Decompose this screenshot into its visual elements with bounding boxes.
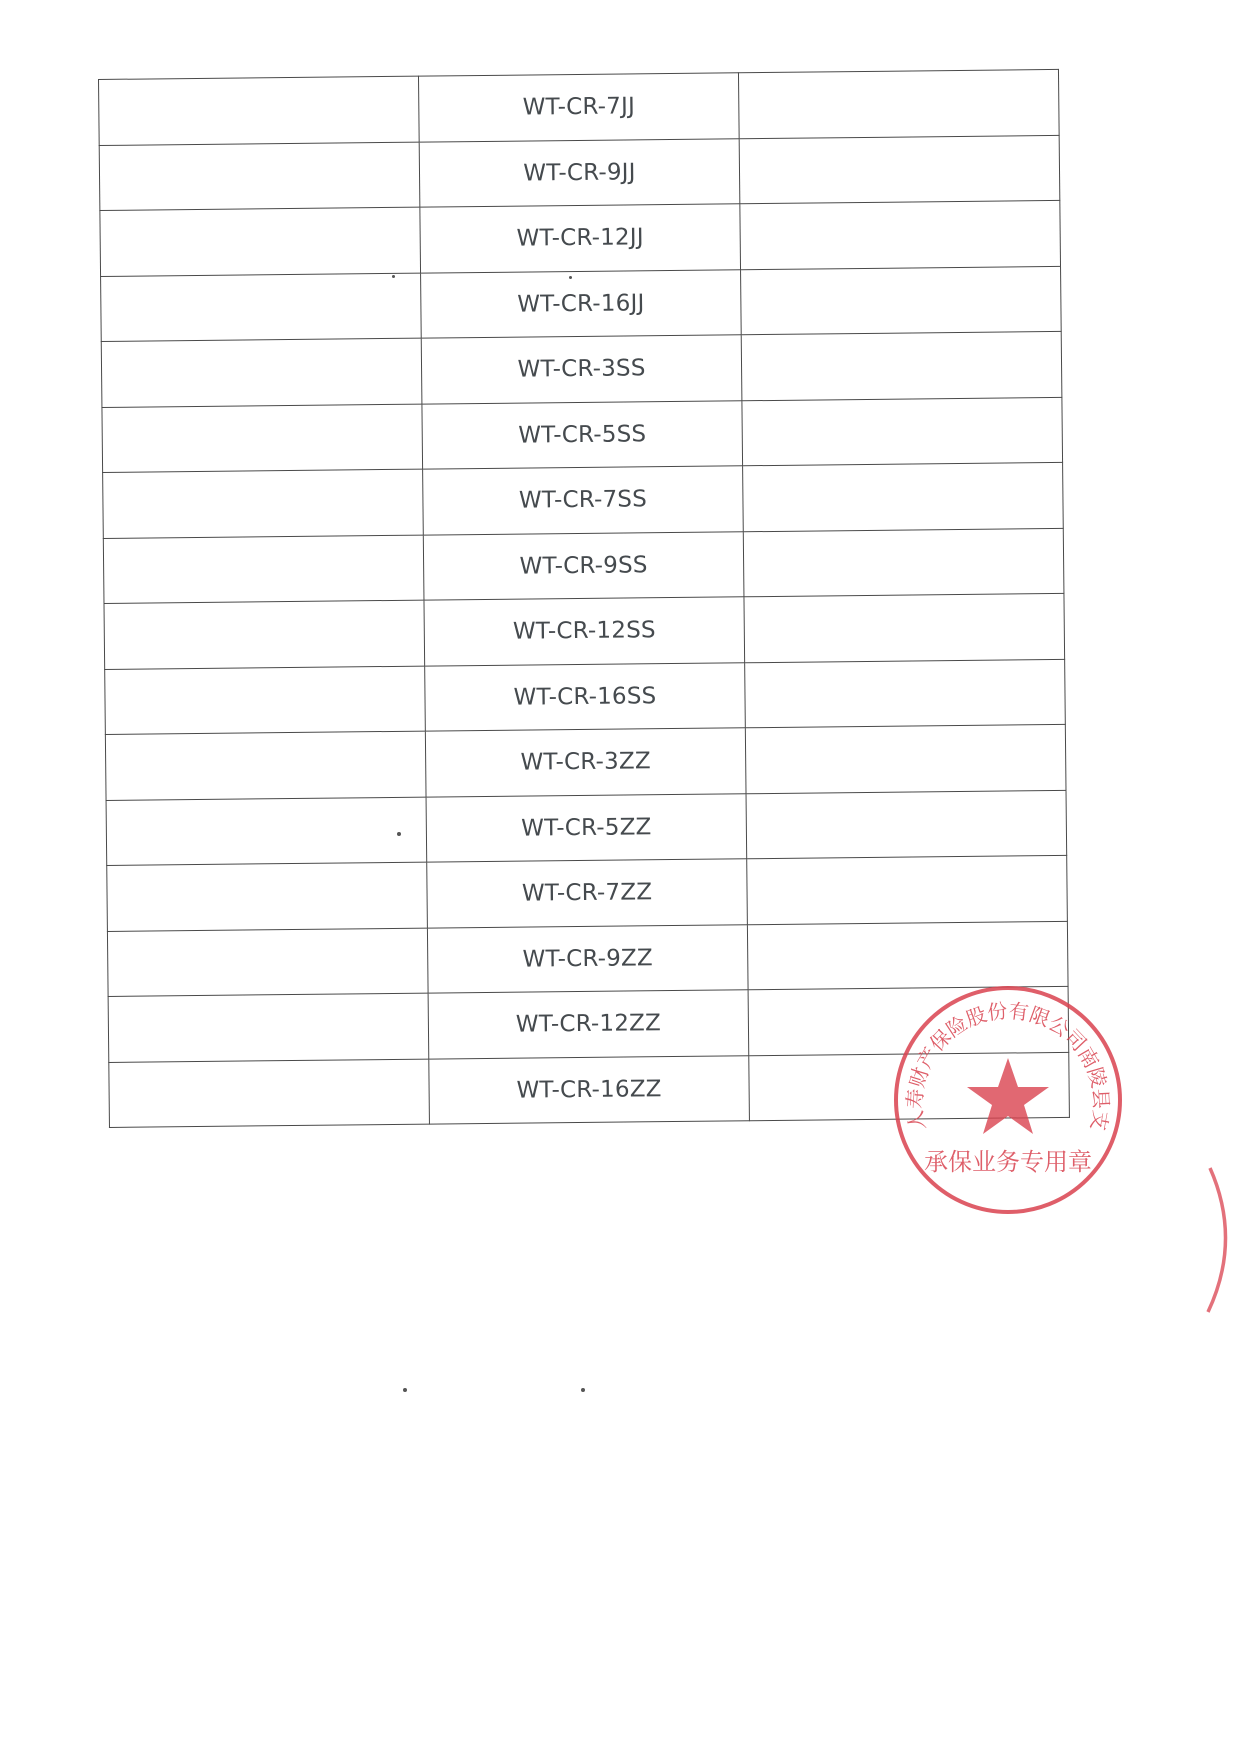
empty-cell xyxy=(746,790,1067,859)
model-cell: WT-CR-9JJ xyxy=(419,138,740,207)
empty-cell xyxy=(105,731,426,800)
table-row: WT-CR-7SS xyxy=(103,462,1064,538)
table-row: WT-CR-9JJ xyxy=(99,135,1060,211)
table-row: WT-CR-5SS xyxy=(102,397,1063,473)
table-row: WT-CR-3ZZ xyxy=(105,724,1066,800)
empty-cell xyxy=(103,535,424,604)
empty-cell xyxy=(106,797,427,866)
model-cell: WT-CR-7JJ xyxy=(418,73,739,142)
model-cell: WT-CR-5ZZ xyxy=(426,793,747,862)
empty-cell xyxy=(741,331,1062,400)
empty-cell xyxy=(745,724,1066,793)
empty-cell xyxy=(107,928,428,997)
empty-cell xyxy=(103,469,424,538)
model-cell: WT-CR-12SS xyxy=(424,597,745,666)
empty-cell xyxy=(747,855,1068,924)
empty-cell xyxy=(109,1059,430,1128)
star-icon xyxy=(967,1058,1049,1134)
model-table: WT-CR-7JJWT-CR-9JJWT-CR-12JJWT-CR-16JJWT… xyxy=(98,69,1070,1128)
model-cell: WT-CR-5SS xyxy=(422,400,743,469)
model-cell: WT-CR-7SS xyxy=(423,466,744,535)
table-row: WT-CR-5ZZ xyxy=(106,790,1067,866)
table-row: WT-CR-3SS xyxy=(101,331,1062,407)
empty-cell xyxy=(100,207,421,276)
table-row: WT-CR-7ZZ xyxy=(107,855,1068,931)
empty-cell xyxy=(742,397,1063,466)
scan-speck xyxy=(403,1388,407,1392)
scan-speck xyxy=(397,832,401,836)
table-row: WT-CR-12SS xyxy=(104,593,1065,669)
empty-cell xyxy=(743,528,1064,597)
empty-cell xyxy=(104,600,425,669)
table-row: WT-CR-16JJ xyxy=(101,266,1062,342)
model-cell: WT-CR-9SS xyxy=(423,531,744,600)
empty-cell xyxy=(102,404,423,473)
model-cell: WT-CR-9ZZ xyxy=(427,924,748,993)
empty-cell xyxy=(108,993,429,1062)
table-row: WT-CR-12JJ xyxy=(100,200,1061,276)
model-cell: WT-CR-12JJ xyxy=(420,204,741,273)
empty-cell xyxy=(105,666,426,735)
empty-cell xyxy=(99,76,420,145)
model-cell: WT-CR-16SS xyxy=(425,662,746,731)
empty-cell xyxy=(101,273,422,342)
empty-cell xyxy=(741,266,1062,335)
seal-inner-text: 承保业务专用章 xyxy=(924,1148,1092,1176)
model-cell: WT-CR-3ZZ xyxy=(425,728,746,797)
table-row: WT-CR-9SS xyxy=(103,528,1064,604)
table-row: WT-CR-16SS xyxy=(105,659,1066,735)
table-row: WT-CR-7JJ xyxy=(99,69,1060,145)
scan-speck xyxy=(581,1388,585,1392)
model-cell: WT-CR-3SS xyxy=(421,335,742,404)
empty-cell xyxy=(744,593,1065,662)
empty-cell xyxy=(745,659,1066,728)
scan-speck xyxy=(569,276,572,279)
partial-seal-arc xyxy=(1190,1160,1241,1320)
scan-speck xyxy=(392,275,395,278)
empty-cell xyxy=(738,69,1059,138)
scanned-document-page: WT-CR-7JJWT-CR-9JJWT-CR-12JJWT-CR-16JJWT… xyxy=(0,0,1241,1756)
empty-cell xyxy=(739,135,1060,204)
model-cell: WT-CR-7ZZ xyxy=(427,859,748,928)
empty-cell xyxy=(743,462,1064,531)
official-seal: 中国人寿财产保险股份有限公司南陵县支公司 承保业务专用章 xyxy=(888,980,1128,1220)
empty-cell xyxy=(107,862,428,931)
model-table-container: WT-CR-7JJWT-CR-9JJWT-CR-12JJWT-CR-16JJWT… xyxy=(98,69,1069,1128)
empty-cell xyxy=(740,200,1061,269)
model-cell: WT-CR-16ZZ xyxy=(429,1055,750,1124)
empty-cell xyxy=(101,338,422,407)
model-cell: WT-CR-16JJ xyxy=(421,269,742,338)
model-cell: WT-CR-12ZZ xyxy=(428,990,749,1059)
empty-cell xyxy=(99,142,420,211)
